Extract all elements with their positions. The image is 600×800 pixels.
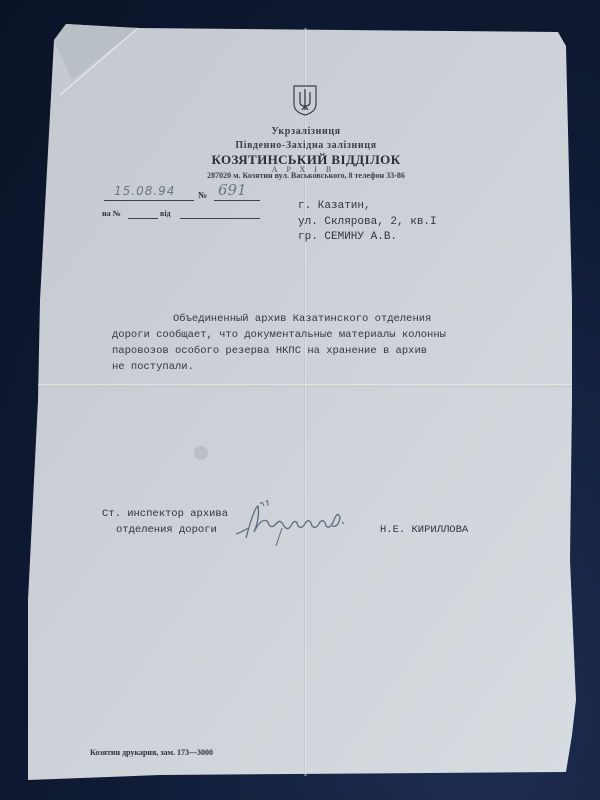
reply-to-underline <box>128 218 158 219</box>
from-underline <box>180 218 260 219</box>
body-line-1: Объединенный архив Казатинского отделени… <box>173 313 431 325</box>
from-label: від <box>160 209 171 218</box>
reply-to-label: на № <box>102 209 121 218</box>
body-line-2: дороги сообщает, что документальные мате… <box>112 329 446 341</box>
body-line-4: не поступали. <box>112 361 194 373</box>
org-line-ukrzaliznytsia: Укрзалізниця <box>0 126 600 137</box>
body-line-3: паровозов особого резерва НКПС на хранен… <box>112 345 427 357</box>
horizontal-fold <box>38 384 572 387</box>
paper-shape <box>0 0 600 800</box>
recipient-street: ул. Склярова, 2, кв.I <box>298 216 437 228</box>
trident-coat-of-arms-icon <box>292 84 318 116</box>
recipient-name: гр. СЕМИНУ А.В. <box>298 231 397 243</box>
recipient-city: г. Казатин, <box>298 200 371 212</box>
org-line-southwestern-railway: Південно-Західна залізниця <box>0 140 600 151</box>
signatory-title-line-2: отделения дороги <box>116 524 217 536</box>
handwritten-number: 691 <box>218 181 247 199</box>
document-sheet: Укрзалізниця Південно-Західна залізниця … <box>0 0 600 800</box>
printer-imprint: Козятин друкарня, зам. 173—3000 <box>90 748 213 757</box>
paper-stain <box>194 446 208 460</box>
handwritten-date: 15.08.94 <box>114 184 175 198</box>
number-underline <box>214 200 260 201</box>
handwritten-signature <box>232 498 362 548</box>
signatory-name: Н.Е. КИРИЛЛОВА <box>380 524 468 536</box>
date-underline <box>104 200 194 201</box>
number-label: № <box>198 190 207 200</box>
org-address: 287020 м. Козятин вул. Васьковського, 8 … <box>0 171 600 180</box>
signatory-title-line-1: Ст. инспектор архива <box>102 508 228 520</box>
